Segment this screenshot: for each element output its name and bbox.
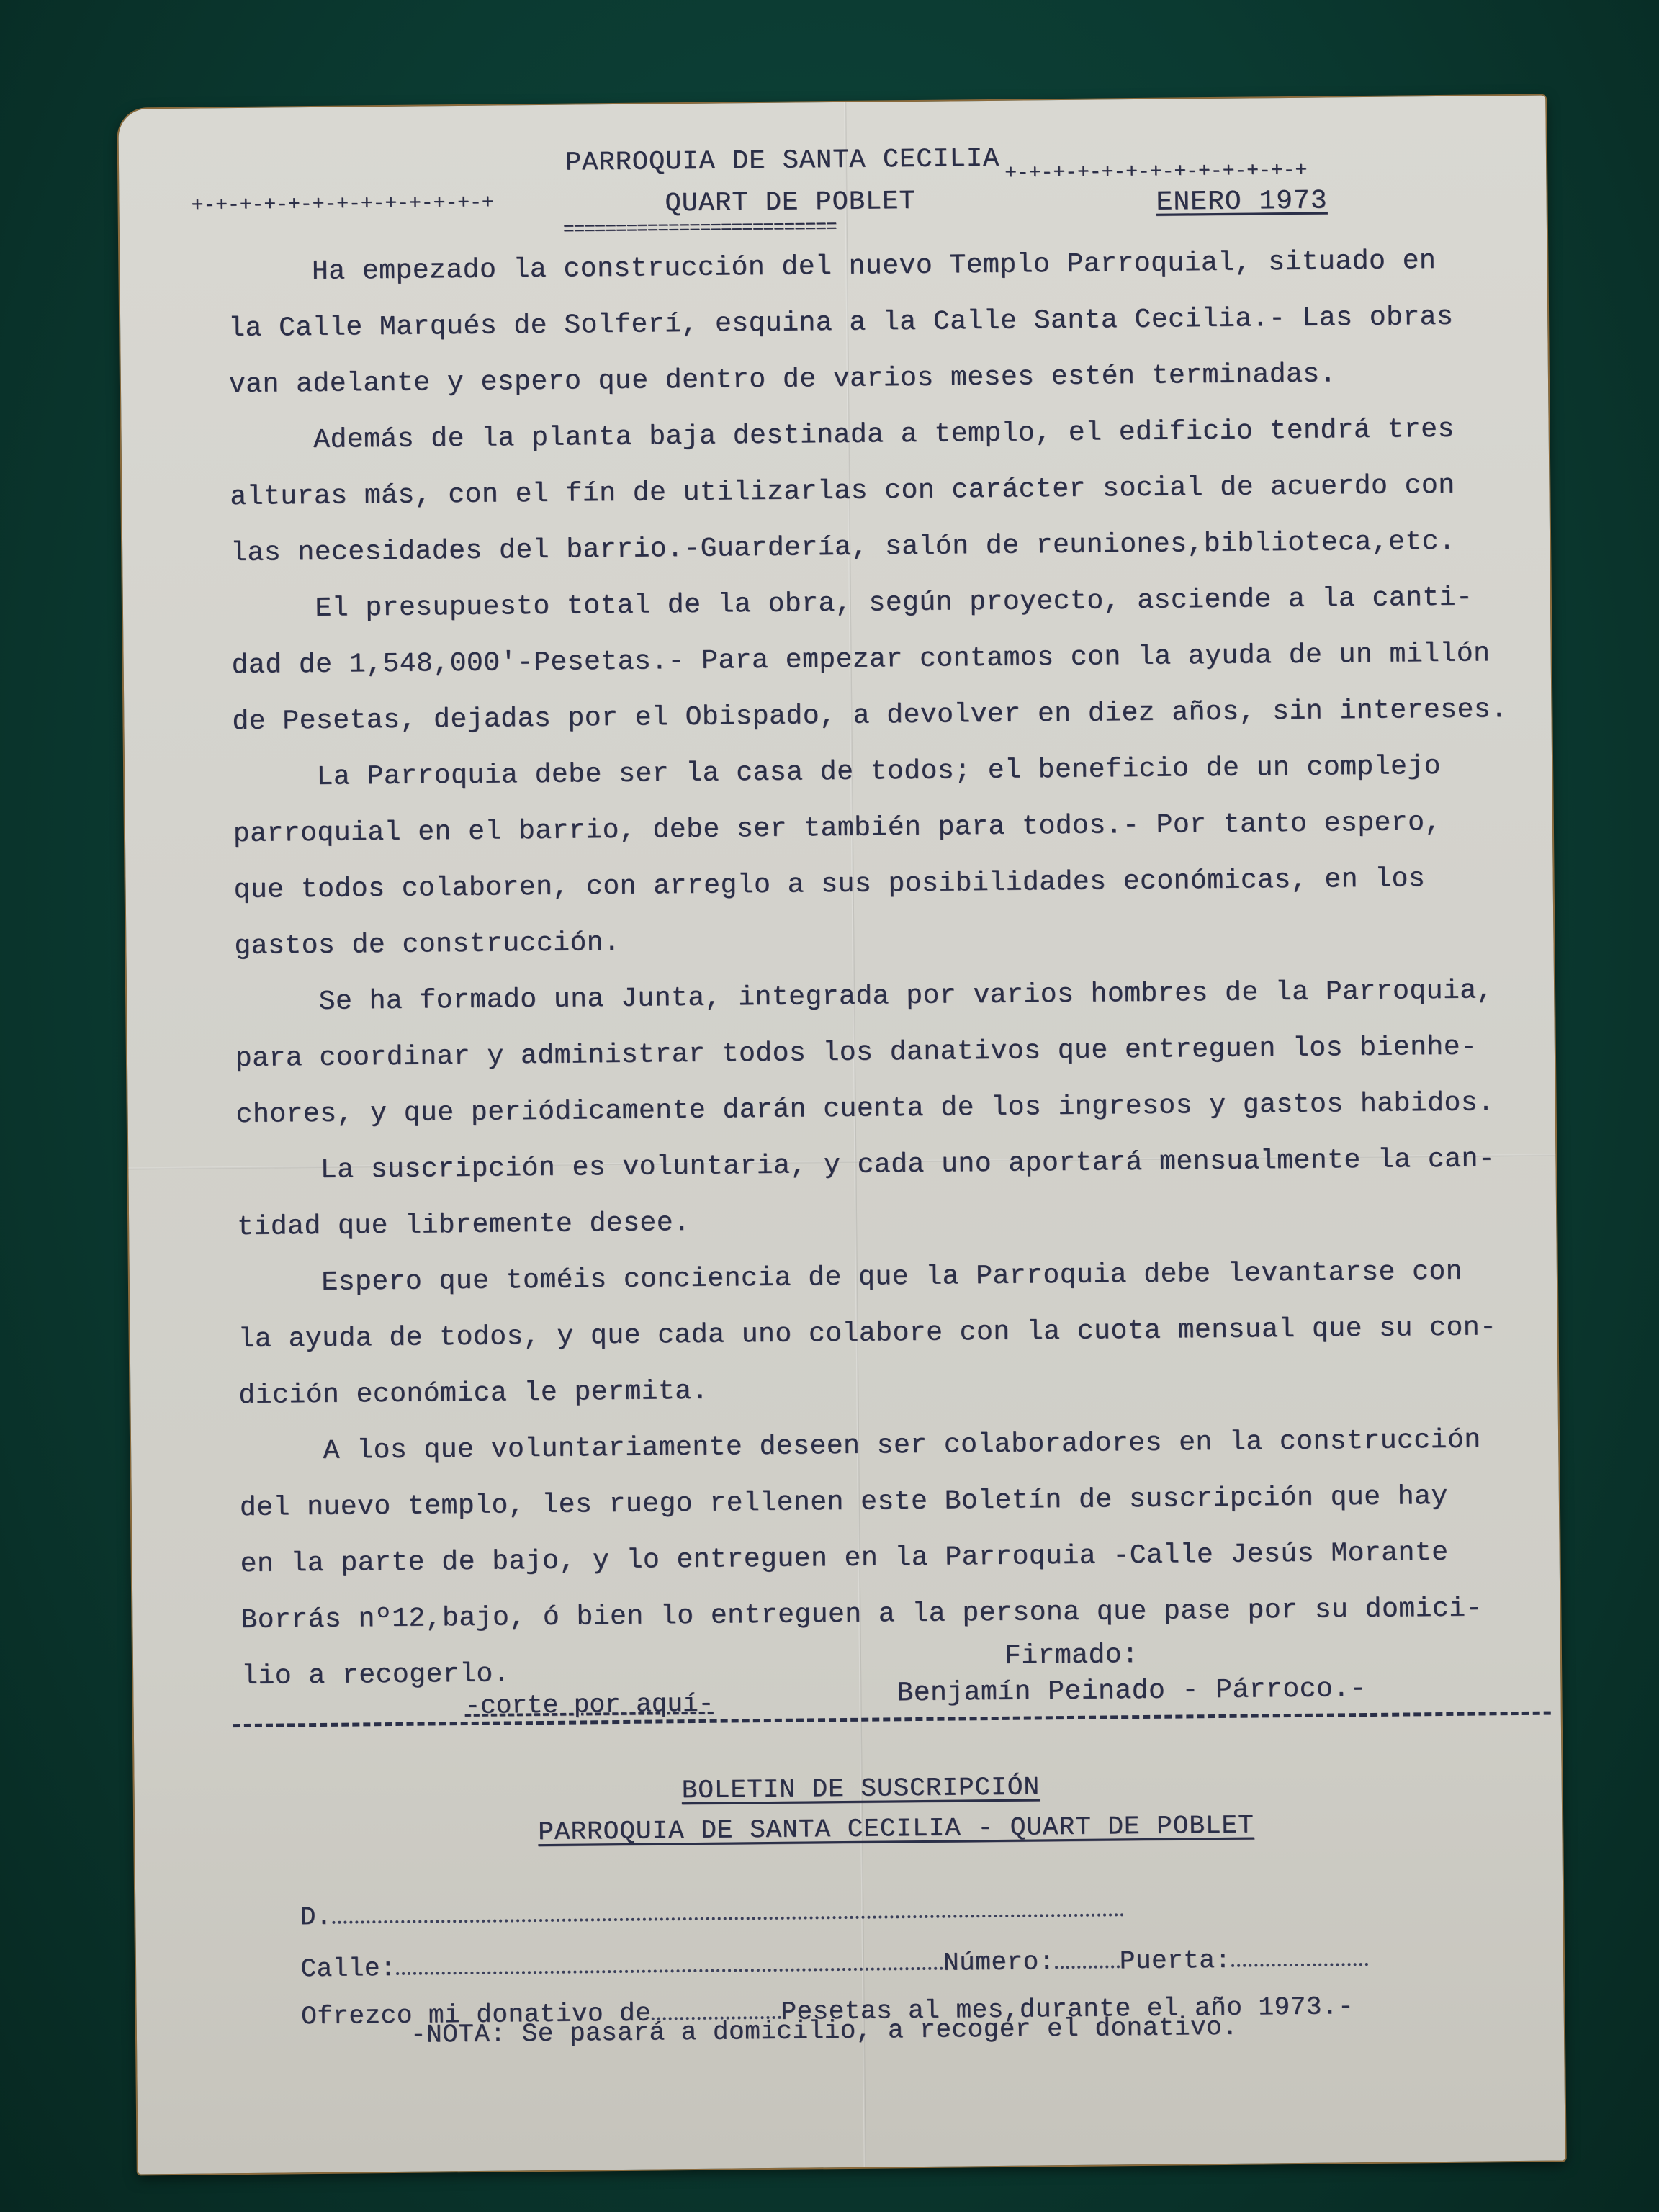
donation-field-row: Ofrezco mi donativo dePesetas al mes,dur…: [237, 1962, 1354, 2062]
paragraph-7-line-2: la ayuda de todos, y que cada uno colabo…: [238, 1314, 1497, 1354]
paragraph-4-line-4: gastos de construcción.: [234, 930, 620, 961]
paragraph-7-line-1: Espero que toméis conciencia de que la P…: [238, 1259, 1462, 1298]
paragraph-5-line-3: chores, y que periódicamente darán cuent…: [236, 1089, 1495, 1129]
header-double-rule: ==========================: [563, 216, 837, 240]
paragraph-8-line-5: lio a recogerlo.: [241, 1660, 510, 1691]
letter-body: Ha empezado la construcción del nuevo Te…: [228, 247, 1524, 259]
paragraph-1-line-3: van adelante y espero que dentro de vari…: [229, 361, 1336, 399]
paragraph-1-line-2: la Calle Marqués de Solferí, esquina a l…: [228, 304, 1453, 343]
signature-label: Firmado:: [1004, 1642, 1139, 1671]
paragraph-4-line-3: que todos colaboren, con arreglo a sus p…: [234, 866, 1426, 904]
paragraph-8-line-2: del nuevo templo, les ruego rellenen est…: [240, 1483, 1448, 1522]
parish-location: QUART DE POBLET: [665, 186, 915, 219]
subscription-form-title: BOLETIN DE SUSCRIPCIÓN: [682, 1772, 1040, 1805]
letter-date: ENERO 1973: [1156, 185, 1327, 217]
cut-here-dashed-line: [233, 1712, 1551, 1732]
paragraph-2-line-3: las necesidades del barrio.-Guardería, s…: [230, 529, 1455, 567]
paragraph-4-line-1: La Parroquia debe ser la casa de todos; …: [233, 753, 1441, 792]
vertical-fold-crease: [844, 102, 866, 2167]
paragraph-8-line-3: en la parte de bajo, y lo entreguen en l…: [240, 1539, 1449, 1578]
signature-name: Benjamín Peinado - Párroco.-: [896, 1676, 1367, 1707]
parish-title: PARROQUIA DE SANTA CECILIA: [565, 144, 1000, 179]
paragraph-6-line-2: tidad que libremente desee.: [237, 1210, 691, 1241]
typed-letter-sheet: +-+-+-+-+-+-+-+-+-+-+-+-+ PARROQUIA DE S…: [118, 96, 1565, 2175]
subscription-form-subtitle: PARROQUIA DE SANTA CECILIA - QUART DE PO…: [538, 1811, 1254, 1848]
paragraph-3-line-3: de Pesetas, dejadas por el Obispado, a d…: [232, 696, 1507, 736]
paragraph-2-line-2: alturas más, con el fín de utilizarlas c…: [230, 472, 1455, 511]
ornament-right: +-+-+-+-+-+-+-+-+-+-+-+-+: [1004, 160, 1307, 185]
cut-here-label: -corte por aquí-: [464, 1689, 714, 1721]
paragraph-7-line-3: dición económica le permita.: [238, 1378, 709, 1410]
ornament-left: +-+-+-+-+-+-+-+-+-+-+-+-+: [191, 192, 493, 217]
paragraph-1-line-1: Ha empezado la construcción del nuevo Te…: [228, 248, 1436, 287]
paragraph-3-line-1: El presupuesto total de la obra, según p…: [231, 585, 1473, 624]
paragraph-5-line-1: Se ha formado una Junta, integrada por v…: [235, 977, 1493, 1017]
paragraph-4-line-2: parroquial en el barrio, debe ser tambié…: [233, 809, 1442, 848]
paragraph-8-line-1: A los que voluntariamente deseen ser col…: [239, 1427, 1481, 1467]
paragraph-3-line-2: dad de 1,548,000'-Pesetas.- Para empezar…: [232, 640, 1491, 680]
paragraph-6-line-1: La suscripción es voluntaria, y cada uno…: [236, 1146, 1495, 1185]
paragraph-2-line-1: Además de la planta baja destinada a tem…: [230, 416, 1455, 455]
paragraph-8-line-4: Borrás nº12,bajo, ó bien lo entreguen a …: [240, 1595, 1483, 1635]
paragraph-5-line-2: para coordinar y administrar todos los d…: [235, 1034, 1478, 1074]
